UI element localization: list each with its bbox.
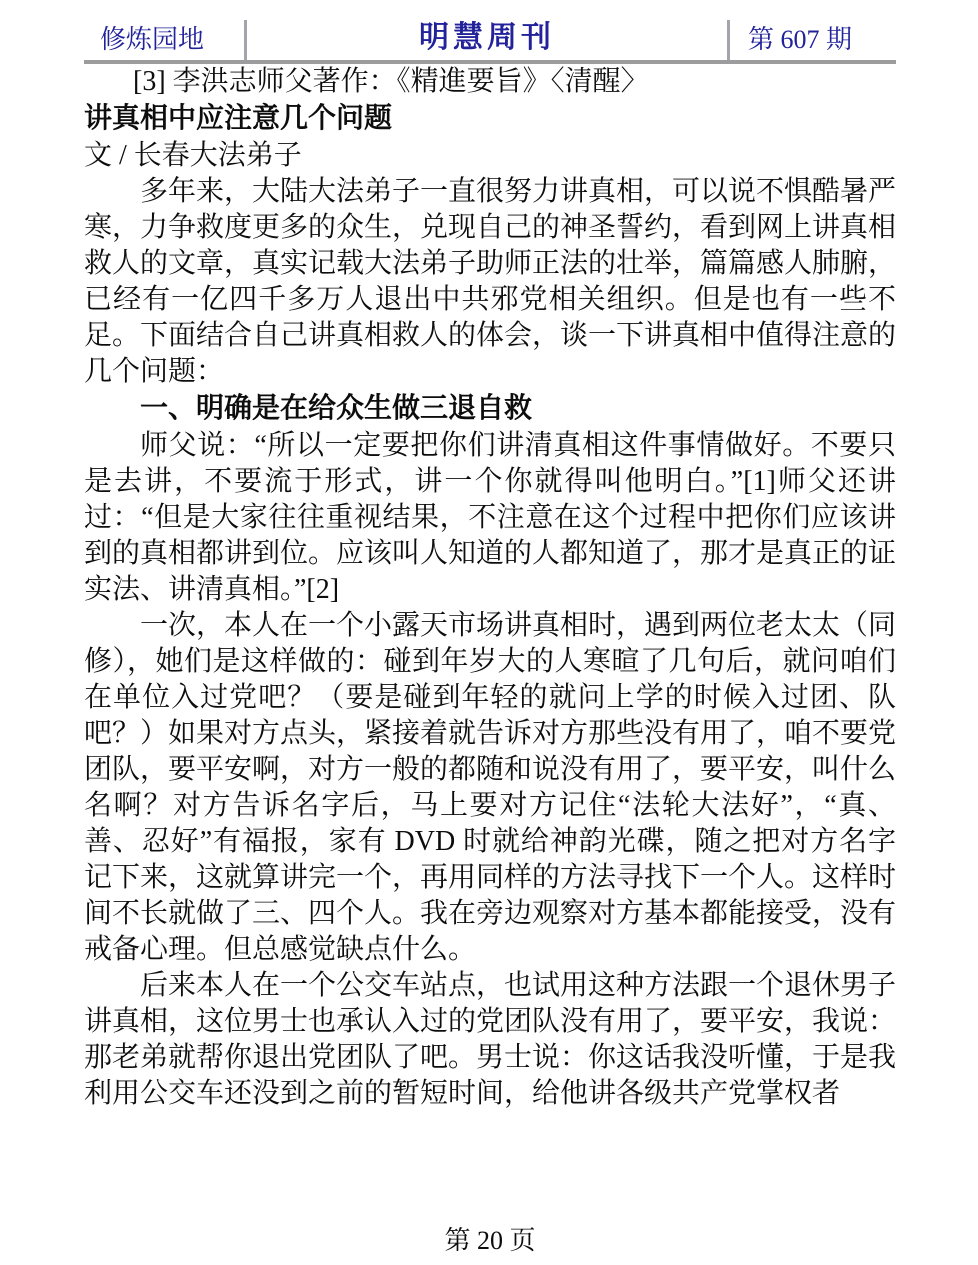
issue-number: 第 607 期 (730, 18, 896, 60)
section-heading: 一、明确是在给众生做三退自救 (84, 390, 896, 428)
page-number: 第 20 页 (444, 1220, 535, 1257)
header-column-label: 修炼园地 (84, 18, 244, 60)
article-title: 讲真相中应注意几个问题 (84, 100, 896, 138)
publication-title: 明慧周刊 (247, 18, 727, 60)
page-header: 修炼园地 明慧周刊 第 607 期 (84, 18, 896, 64)
paragraph: 师父说：“所以一定要把你们讲清真相这件事情做好。不要只是去讲，不要流于形式，讲一… (84, 428, 896, 608)
paragraph: 一次，本人在一个小露天市场讲真相时，遇到两位老太太（同修），她们是这样做的：碰到… (84, 608, 896, 968)
article-body: [3] 李洪志师父著作：《精進要旨》〈清醒〉 讲真相中应注意几个问题 文 / 长… (84, 64, 896, 1211)
document-page: 修炼园地 明慧周刊 第 607 期 [3] 李洪志师父著作：《精進要旨》〈清醒〉… (0, 0, 978, 1265)
paragraph: 后来本人在一个公交车站点，也试用这种方法跟一个退休男子讲真相，这位男士也承认入过… (84, 968, 896, 1112)
page-footer: 第 20 页 (84, 1211, 896, 1265)
article-byline: 文 / 长春大法弟子 (84, 138, 896, 174)
reference-note: [3] 李洪志师父著作：《精進要旨》〈清醒〉 (84, 64, 896, 100)
paragraph: 多年来，大陆大法弟子一直很努力讲真相，可以说不惧酷暑严寒，力争救度更多的众生，兑… (84, 174, 896, 390)
